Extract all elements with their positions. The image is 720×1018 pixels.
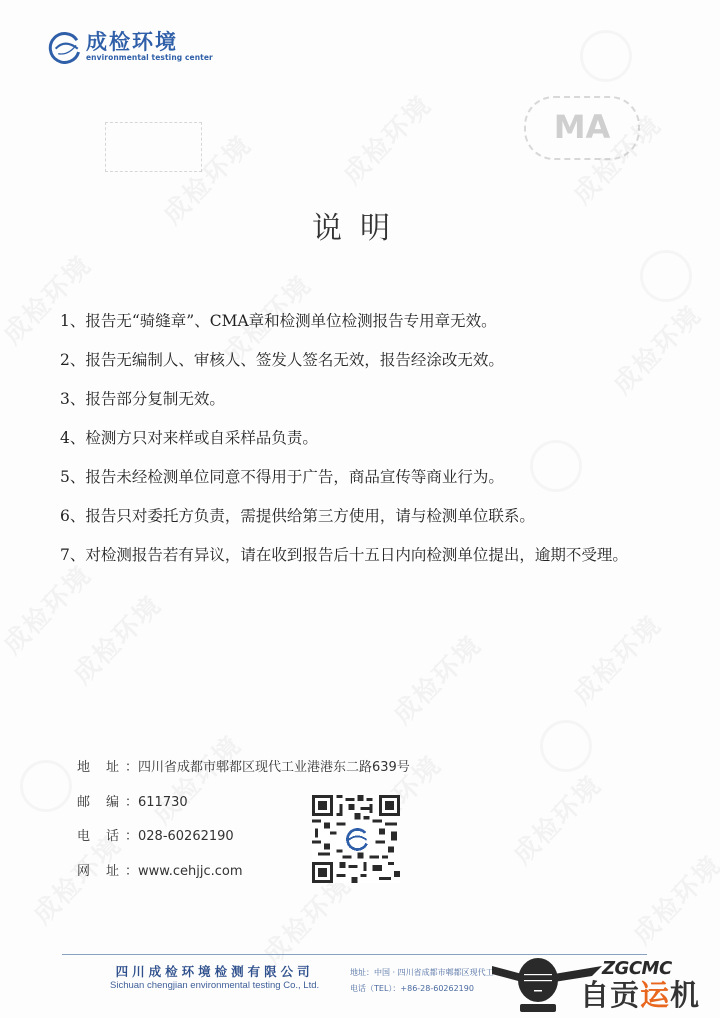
notes-list: 1、报告无“骑缝章”、CMA章和检测单位检测报告专用章无效。 2、报告无编制人、… <box>60 312 700 585</box>
watermark-text: 成检环境 <box>383 626 488 731</box>
footer-tel: 电话（TEL）：+86-28-60262190 <box>350 981 494 997</box>
note-item: 2、报告无编制人、审核人、签发人签名无效，报告经涂改无效。 <box>60 351 700 390</box>
contact-value-link[interactable]: www.cehjjc.com <box>138 864 243 879</box>
contact-label: 网址 <box>77 863 125 881</box>
watermark-circle <box>20 760 72 812</box>
contact-value: 028-60262190 <box>138 829 234 844</box>
watermark-circle <box>640 250 692 302</box>
contact-label: 邮编 <box>77 794 125 812</box>
footer-company: 四川成检环境检测有限公司 Sichuan chengjian environme… <box>110 964 319 993</box>
watermark-text: 成检环境 <box>503 766 608 871</box>
note-item: 7、对检测报告若有异议，请在收到报告后十五日内向检测单位提出，逾期不受理。 <box>60 546 700 585</box>
footer-company-en: Sichuan chengjian environmental testing … <box>110 979 319 993</box>
faint-cma-stamp: MA <box>524 96 640 160</box>
watermark-circle <box>540 720 592 772</box>
note-item: 1、报告无“骑缝章”、CMA章和检测单位检测报告专用章无效。 <box>60 312 700 351</box>
zgcmc-en: ZGCMC <box>602 958 672 979</box>
note-item: 3、报告部分复制无效。 <box>60 390 700 429</box>
faint-stamp-box <box>105 122 202 172</box>
contact-value: 611730 <box>138 795 188 810</box>
footer-address: 地址：中国 · 四川省成都市郫都区现代工 <box>350 965 494 981</box>
note-item: 4、检测方只对来样或自采样品负责。 <box>60 429 700 468</box>
watermark-text: 成检环境 <box>333 86 438 191</box>
contact-address: 地址：四川省成都市郫都区现代工业港港东二路639号 <box>77 759 410 794</box>
page-title: 说明 <box>0 203 720 247</box>
contact-value: 四川省成都市郫都区现代工业港港东二路639号 <box>138 760 410 775</box>
watermark-text: 成检环境 <box>563 606 668 711</box>
contact-label: 地址 <box>77 759 125 777</box>
watermark-circle <box>580 30 632 82</box>
note-item: 6、报告只对委托方负责，需提供给第三方使用，请与检测单位联系。 <box>60 507 700 546</box>
watermark-text: 成检环境 <box>623 846 720 951</box>
zgcmc-cn: 自贡运机 <box>580 978 700 1012</box>
company-logo: 成检环境 environmental testing center <box>48 30 213 64</box>
zgcmc-overlay-logo: ZGCMC 自贡运机 <box>492 952 720 1018</box>
qr-code[interactable] <box>312 795 400 883</box>
logo-cn-text: 成检环境 <box>86 31 213 53</box>
footer-company-cn: 四川成检环境检测有限公司 <box>110 964 319 979</box>
contact-label: 电话 <box>77 828 125 846</box>
logo-en-text: environmental testing center <box>86 53 213 63</box>
footer-contact: 地址：中国 · 四川省成都市郫都区现代工 电话（TEL）：+86-28-6026… <box>350 965 494 997</box>
note-item: 5、报告未经检测单位同意不得用于广告，商品宣传等商业行为。 <box>60 468 700 507</box>
watermark-text: 成检环境 <box>63 586 168 691</box>
logo-e-icon <box>48 30 82 64</box>
